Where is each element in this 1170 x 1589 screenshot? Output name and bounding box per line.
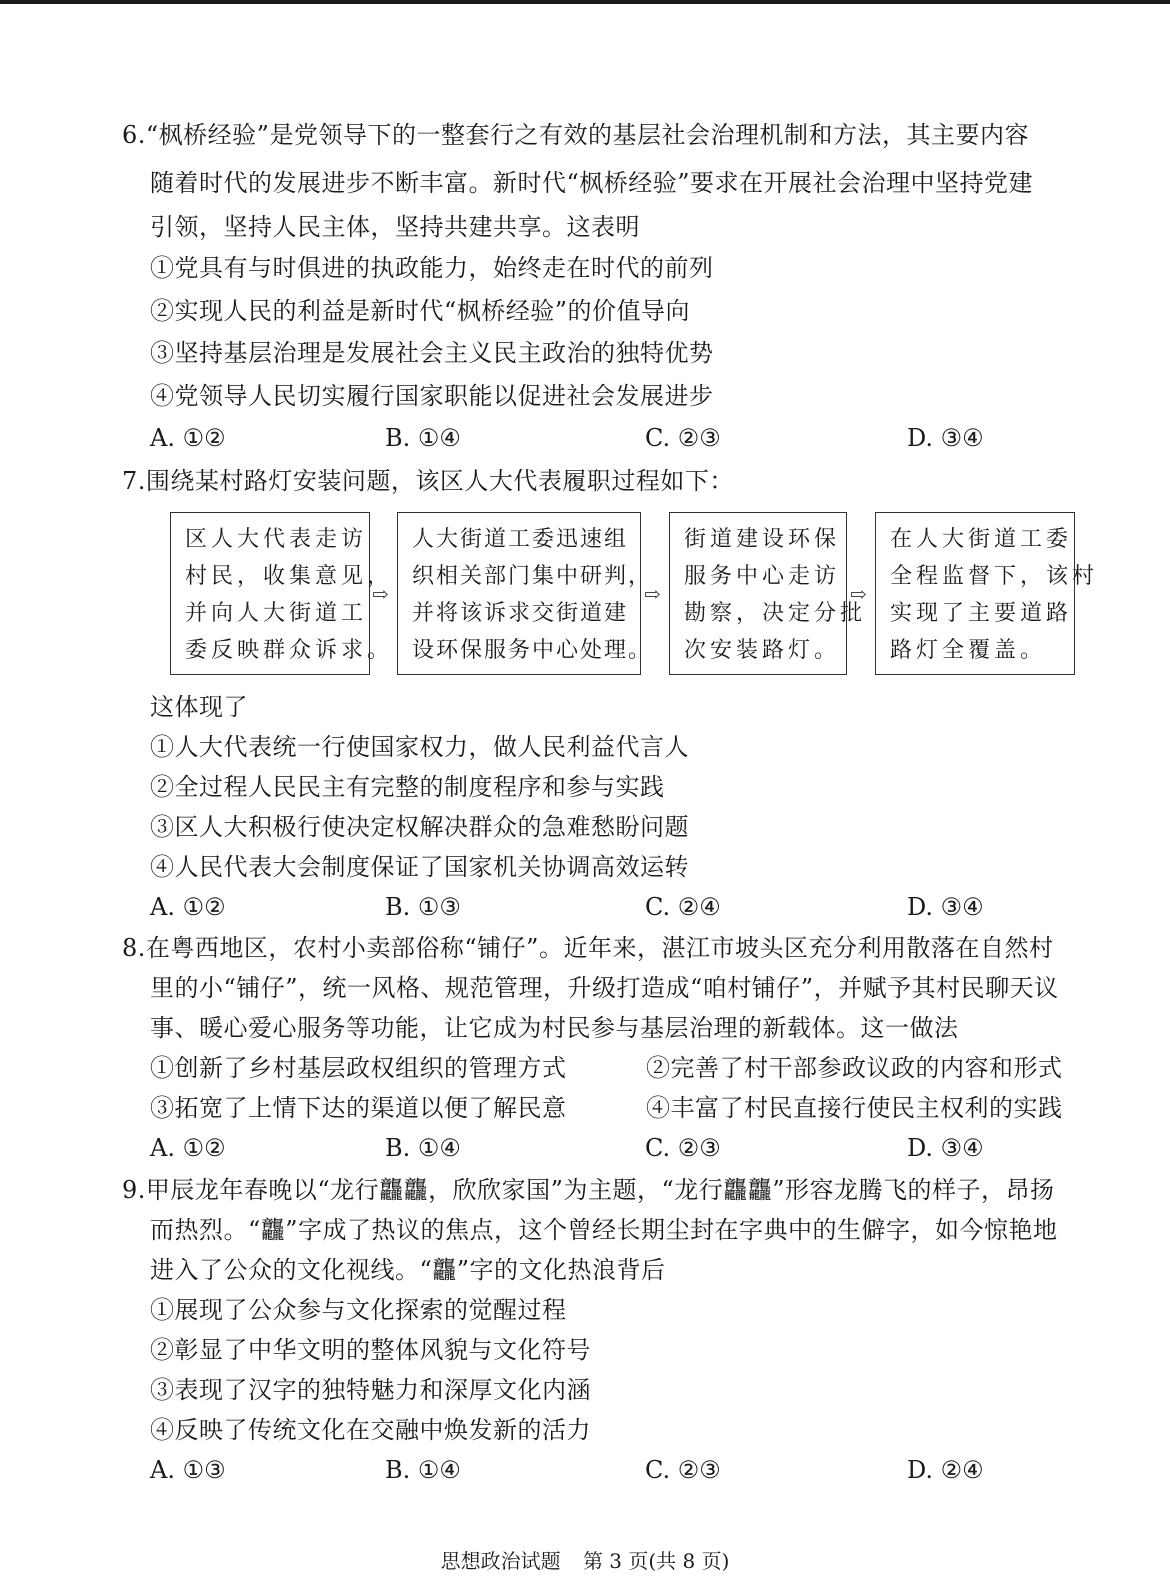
q6-choice-c: C. ②③ [645,423,721,453]
q8-statement-2: ②完善了村干部参政议政的内容和形式 [646,1053,1063,1083]
q8-statement-1: ①创新了乡村基层政权组织的管理方式 [150,1053,567,1083]
q6-statement-2: ②实现人民的利益是新时代“枫桥经验”的价值导向 [150,296,690,326]
q8-choice-a: A. ①② [150,1133,226,1163]
q7-statement-1: ①人大代表统一行使国家权力，做人民利益代言人 [150,732,689,762]
q6-stem-line-1: 6.“枫桥经验”是党领导下的一整套行之有效的基层社会治理机制和方法，其主要内容 [122,120,1029,150]
q6-stem-line-2: 随着时代的发展进步不断丰富。新时代“枫桥经验”要求在开展社会治理中坚持党建 [150,168,1033,198]
q7-choice-c: C. ②④ [645,892,721,922]
q6-stem-line-3: 引领，坚持人民主体，坚持共建共享。这表明 [150,212,640,242]
q7-statement-4: ④人民代表大会制度保证了国家机关协调高效运转 [150,852,689,882]
flow-box-2-line-3: 并将该诉求交街道建 [412,595,640,632]
flow-box-4-line-4: 路灯全覆盖。 [890,632,1074,669]
flow-box-1-line-3: 并向人大街道工 [185,595,369,632]
flow-box-3: 街道建设环保 服务中心走访 勘察，决定分批 次安装路灯。 [669,512,847,675]
q8-stem-line-1: 8.在粤西地区，农村小卖部俗称“铺仔”。近年来，湛江市坡头区充分利用散落在自然村 [122,933,1053,963]
q9-stem-line-2: 而热烈。“龘”字成了热议的焦点，这个曾经长期尘封在字典中的生僻字，如今惊艳地 [150,1215,1058,1245]
q8-choice-c: C. ②③ [645,1133,721,1163]
footer-page-number: 第 3 页(共 8 页) [583,1549,729,1573]
flow-box-2-line-1: 人大街道工委迅速组 [412,521,640,558]
flow-box-3-line-4: 次安装路灯。 [684,632,846,669]
flow-box-4-line-3: 实现了主要道路 [890,595,1074,632]
top-border [0,0,1170,4]
q8-stem-line-2: 里的小“铺仔”，统一风格、规范管理，升级打造成“咱村铺仔”，并赋予其村民聊天议 [150,973,1059,1003]
q7-choice-a: A. ①② [150,892,226,922]
flow-box-4-line-1: 在人大街道工委 [890,521,1074,558]
q6-statement-4: ④党领导人民切实履行国家职能以促进社会发展进步 [150,381,714,411]
q8-statement-4: ④丰富了村民直接行使民主权利的实践 [646,1093,1063,1123]
q7-lead: 这体现了 [150,692,248,722]
q8-stem-line-3: 事、暖心爱心服务等功能，让它成为村民参与基层治理的新载体。这一做法 [150,1013,959,1043]
arrow-right-icon: ⇨ [850,584,867,604]
q6-statement-1: ①党具有与时俱进的执政能力，始终走在时代的前列 [150,253,714,283]
q9-choice-c: C. ②③ [645,1455,721,1485]
q9-choice-b: B. ①④ [385,1455,461,1485]
flow-box-1-line-1: 区人大代表走访 [185,521,369,558]
flow-box-3-line-2: 服务中心走访 [684,558,846,595]
q7-stem-line-1: 7.围绕某村路灯安装问题，该区人大代表履职过程如下： [122,466,734,496]
q9-statement-3: ③表现了汉字的独特魅力和深厚文化内涵 [150,1375,591,1405]
q7-statement-3: ③区人大积极行使决定权解决群众的急难愁盼问题 [150,812,689,842]
q6-choice-b: B. ①④ [385,423,461,453]
page-footer: 思想政治试题 第 3 页(共 8 页) [0,1545,1170,1574]
flow-box-1-line-4: 委反映群众诉求。 [185,632,369,669]
q9-choice-d: D. ②④ [907,1455,984,1485]
arrow-right-icon: ⇨ [372,584,389,604]
flow-box-3-line-3: 勘察，决定分批 [684,595,846,632]
q6-choice-a: A. ①② [150,423,226,453]
q6-choice-d: D. ③④ [907,423,984,453]
q8-choice-b: B. ①④ [385,1133,461,1163]
q7-choice-d: D. ③④ [907,892,984,922]
flow-box-4: 在人大街道工委 全程监督下，该村 实现了主要道路 路灯全覆盖。 [875,512,1075,675]
q9-stem-line-3: 进入了公众的文化视线。“龘”字的文化热浪背后 [150,1255,666,1285]
q9-statement-1: ①展现了公众参与文化探索的觉醒过程 [150,1295,567,1325]
q8-statement-3: ③拓宽了上情下达的渠道以便了解民意 [150,1093,567,1123]
flow-box-2-line-4: 设环保服务中心处理。 [412,632,640,669]
q9-statement-4: ④反映了传统文化在交融中焕发新的活力 [150,1415,591,1445]
q7-choice-b: B. ①③ [385,892,461,922]
flow-box-2-line-2: 织相关部门集中研判， [412,558,640,595]
flow-box-2: 人大街道工委迅速组 织相关部门集中研判， 并将该诉求交街道建 设环保服务中心处理… [397,512,641,675]
q9-statement-2: ②彰显了中华文明的整体风貌与文化符号 [150,1335,591,1365]
flow-box-3-line-1: 街道建设环保 [684,521,846,558]
q9-stem-line-1: 9.甲辰龙年春晚以“龙行龘龘，欣欣家国”为主题，“龙行龘龘”形容龙腾飞的样子，昂… [122,1175,1054,1205]
q8-choice-d: D. ③④ [907,1133,984,1163]
flow-box-1-line-2: 村民，收集意见， [185,558,369,595]
q6-statement-3: ③坚持基层治理是发展社会主义民主政治的独特优势 [150,338,714,368]
footer-subject: 思想政治试题 [441,1549,561,1573]
q9-choice-a: A. ①③ [150,1455,226,1485]
arrow-right-icon: ⇨ [644,584,661,604]
q7-statement-2: ②全过程人民民主有完整的制度程序和参与实践 [150,772,665,802]
flow-box-4-line-2: 全程监督下，该村 [890,558,1074,595]
flow-box-1: 区人大代表走访 村民，收集意见， 并向人大街道工 委反映群众诉求。 [170,512,370,675]
